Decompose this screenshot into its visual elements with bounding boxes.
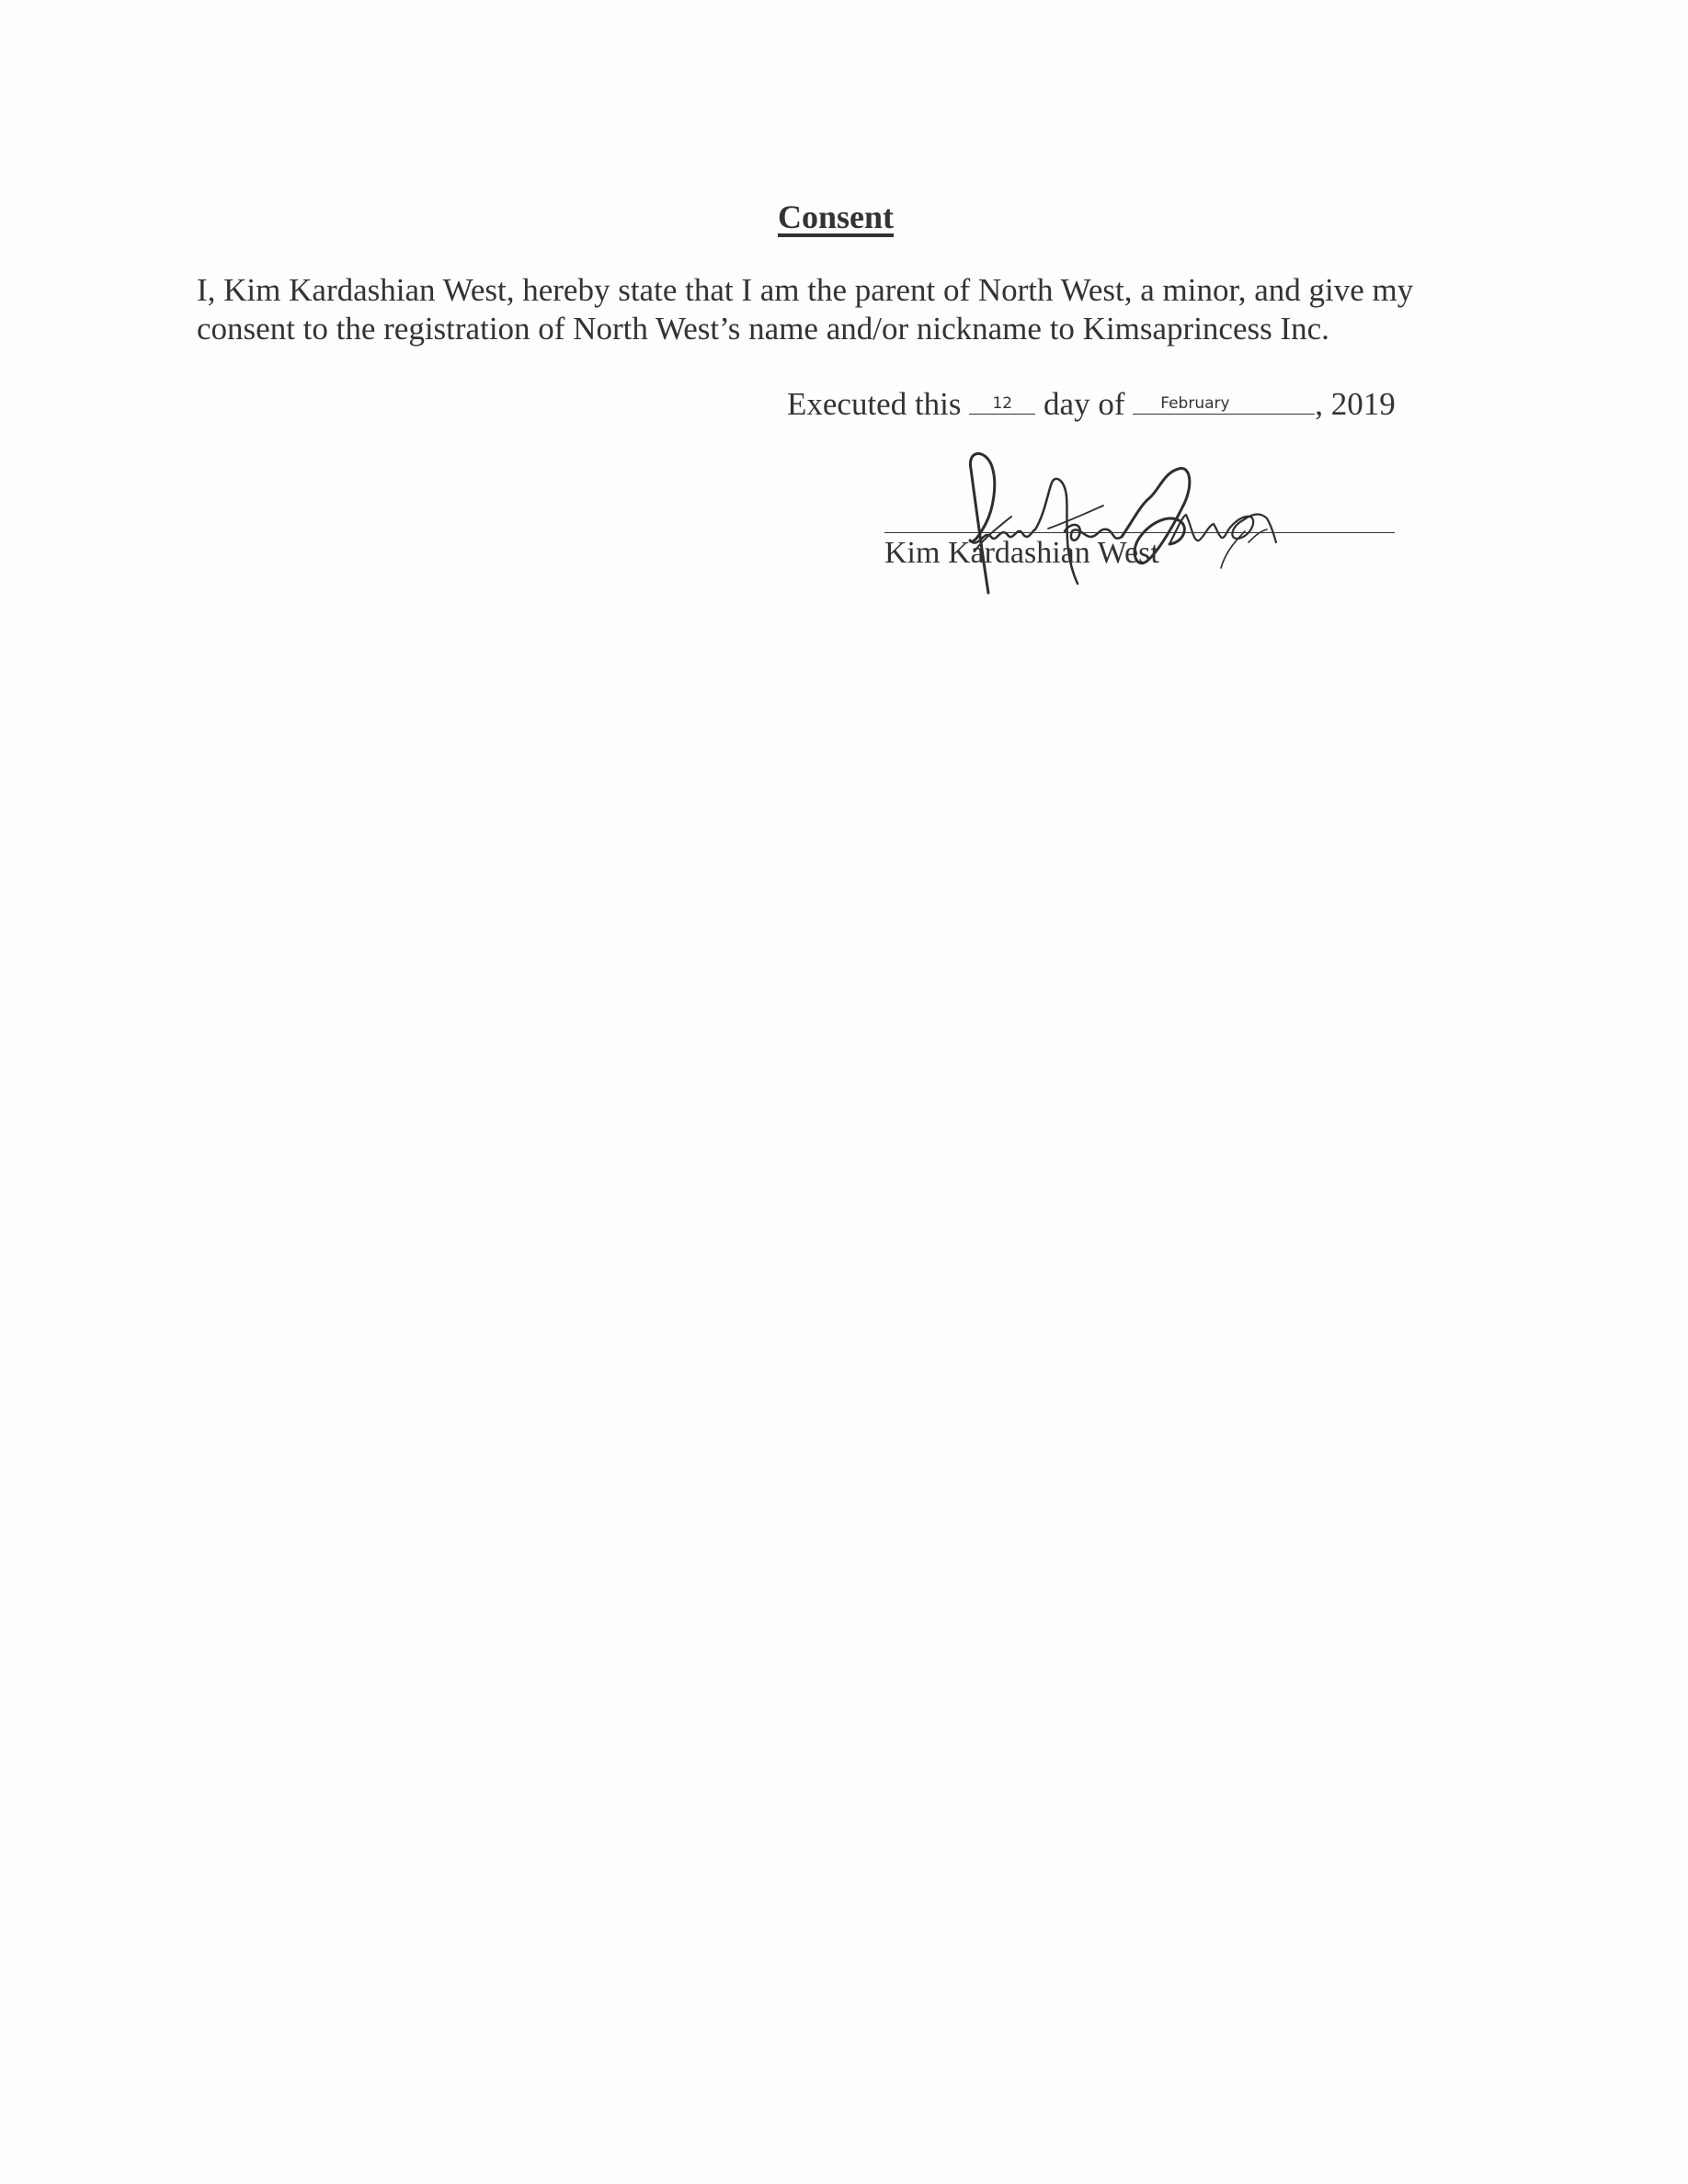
document-page: Consent I, Kim Kardashian West, hereby s… <box>0 0 1688 2184</box>
execution-date-line: Executed this 12 day of February, 2019 <box>787 384 1396 425</box>
executed-suffix: , 2019 <box>1315 386 1396 422</box>
month-field[interactable]: February <box>1133 386 1315 415</box>
statement-line-1: I, Kim Kardashian West, hereby state tha… <box>197 271 1502 310</box>
signer-name: Kim Kardashian West <box>884 535 1159 572</box>
day-field[interactable]: 12 <box>969 386 1035 415</box>
document-title: Consent <box>0 195 1671 239</box>
statement-line-2: consent to the registration of North Wes… <box>197 310 1502 348</box>
month-value: February <box>1133 394 1315 413</box>
signature-icon <box>883 441 1397 597</box>
day-value: 12 <box>969 394 1035 413</box>
executed-prefix: Executed this <box>787 386 962 422</box>
consent-statement: I, Kim Kardashian West, hereby state tha… <box>197 271 1502 348</box>
signature-line <box>884 532 1395 533</box>
executed-middle: day of <box>1044 386 1124 422</box>
signature-block: Kim Kardashian West <box>883 441 1397 597</box>
